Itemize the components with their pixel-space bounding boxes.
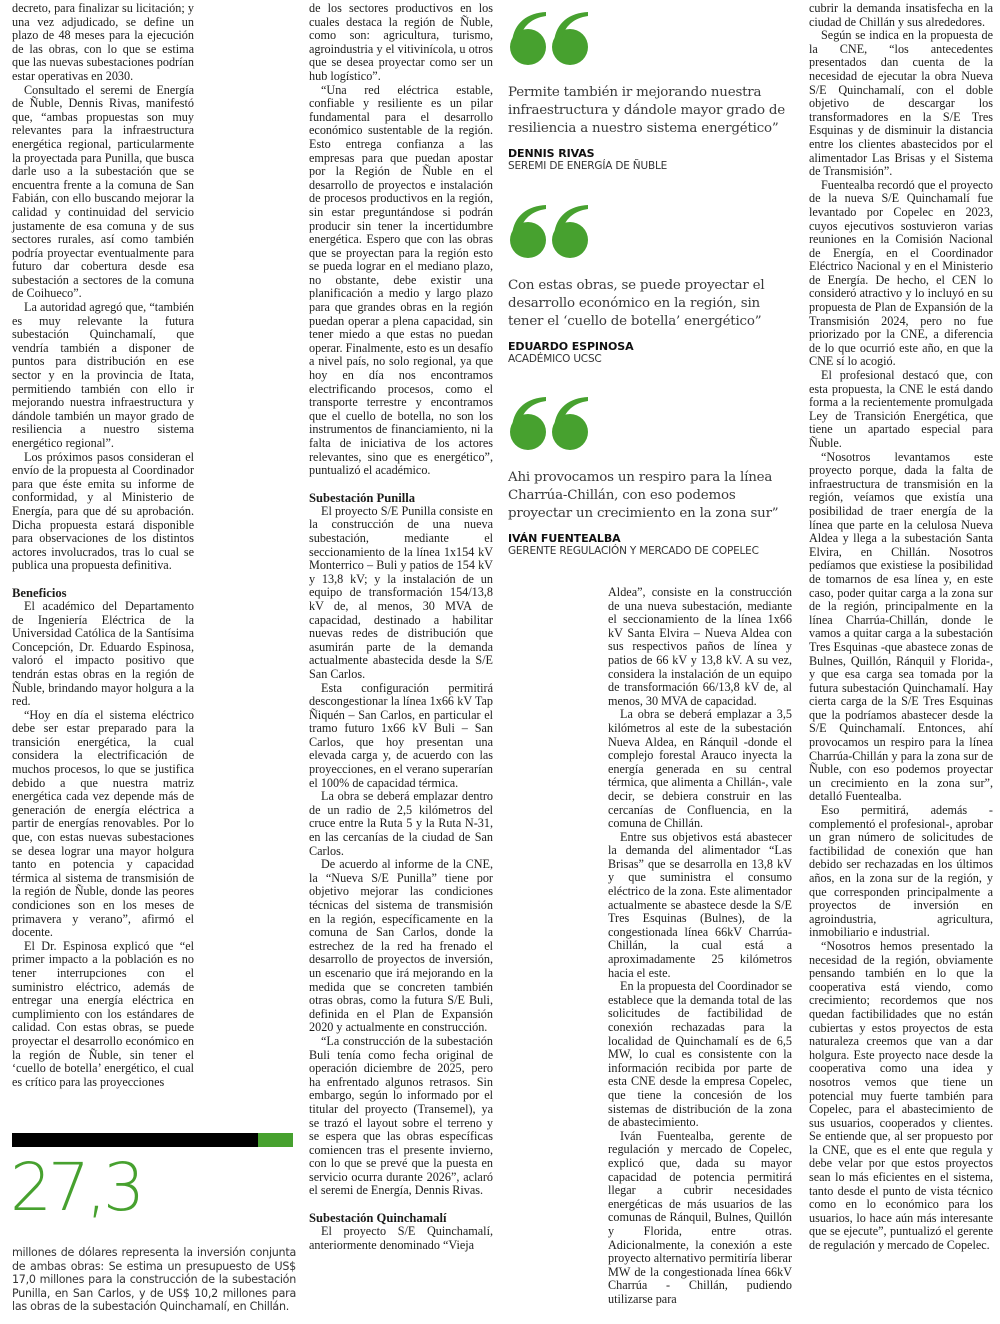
paragraph: Iván Fuentealba, gerente de regulación y…: [608, 1130, 792, 1307]
paragraph: Aldea”, consiste en la construcción de u…: [608, 586, 792, 708]
quote-author-role: ACADÉMICO UCSC: [508, 353, 793, 365]
pull-quotes: Permite también ir mejorando nuestra inf…: [508, 10, 793, 557]
paragraph: decreto, para finalizar su licitación; y…: [12, 2, 194, 84]
paragraph: de los sectores productivos en los cuale…: [309, 2, 493, 84]
quote-author-name: EDUARDO ESPINOSA: [508, 341, 793, 353]
pull-quote: Con estas obras, se puede proyectar el d…: [508, 203, 793, 391]
paragraph: “Nosotros levantamos este proyecto porqu…: [809, 451, 993, 804]
quote-author-role: GERENTE REGULACIÓN Y MERCADO DE COPELEC: [508, 545, 793, 557]
paragraph: “Una red eléctrica estable, confiable y …: [309, 84, 493, 478]
section-heading-punilla: Subestación Punilla: [309, 491, 493, 505]
paragraph: Esta configuración permitirá descongesti…: [309, 682, 493, 791]
stat-number: 27,3: [10, 1148, 141, 1228]
stat-bar-green: [258, 1133, 293, 1147]
stat-bar-black: [12, 1133, 258, 1147]
quote-marks-icon: [508, 395, 592, 451]
article-column-3: Aldea”, consiste en la construcción de u…: [608, 586, 792, 1306]
article-column-1: decreto, para finalizar su licitación; y…: [12, 2, 194, 1089]
paragraph: cubrir la demanda insatisfecha en la ciu…: [809, 2, 993, 29]
quote-author-name: DENNIS RIVAS: [508, 148, 793, 160]
paragraph: De acuerdo al informe de la CNE, la “Nue…: [309, 858, 493, 1035]
pull-quote: Permite también ir mejorando nuestra inf…: [508, 10, 793, 195]
paragraph: El Dr. Espinosa explicó que “el primer i…: [12, 940, 194, 1090]
quote-author-name: IVÁN FUENTEALBA: [508, 533, 793, 545]
section-heading-quinchamali: Subestación Quinchamalí: [309, 1211, 493, 1225]
quote-text: Con estas obras, se puede proyectar el d…: [508, 277, 793, 331]
paragraph: Según se indica en la propuesta de la CN…: [809, 29, 993, 179]
paragraph: Eso permitirá, además -complementó el pr…: [809, 804, 993, 940]
paragraph: “La construcción de la subestación Buli …: [309, 1035, 493, 1198]
quote-author-role: SEREMI DE ENERGÍA DE ÑUBLE: [508, 160, 793, 172]
paragraph: La obra se deberá emplazar a 3,5 kilómet…: [608, 708, 792, 830]
quote-marks-icon: [508, 10, 592, 66]
article-column-4: cubrir la demanda insatisfecha en la ciu…: [809, 2, 993, 1253]
paragraph: “Hoy en día el sistema eléctrico debe se…: [12, 709, 194, 940]
paragraph: Consultado el seremi de Energía de Ñuble…: [12, 84, 194, 302]
pull-quote: Ahi provocamos un respiro para la línea …: [508, 395, 793, 557]
paragraph: Fuentealba recordó que el proyecto de la…: [809, 179, 993, 369]
paragraph: En la propuesta del Coordinador se estab…: [608, 980, 792, 1130]
paragraph: El profesional destacó que, con esta pro…: [809, 369, 993, 451]
paragraph: “Nosotros hemos presentado la necesidad …: [809, 940, 993, 1253]
paragraph: Entre sus objetivos está abastecer la de…: [608, 831, 792, 981]
stat-caption: millones de dólares representa la invers…: [12, 1246, 296, 1314]
paragraph: El proyecto S/E Quinchamalí, anteriormen…: [309, 1225, 493, 1252]
paragraph: El proyecto S/E Punilla consiste en la c…: [309, 505, 493, 682]
quote-text: Ahi provocamos un respiro para la línea …: [508, 469, 793, 523]
paragraph: La obra se deberá emplazar dentro de un …: [309, 790, 493, 858]
article-column-2: de los sectores productivos en los cuale…: [309, 2, 493, 1252]
quote-marks-icon: [508, 203, 592, 259]
paragraph: El académico del Departamento de Ingenie…: [12, 600, 194, 709]
quote-text: Permite también ir mejorando nuestra inf…: [508, 84, 793, 138]
stat-divider-bar: [12, 1133, 293, 1147]
section-heading-beneficios: Beneficios: [12, 586, 194, 600]
paragraph: La autoridad agregó que, “también es muy…: [12, 301, 194, 451]
paragraph: Los próximos pasos consideran el envío d…: [12, 451, 194, 573]
